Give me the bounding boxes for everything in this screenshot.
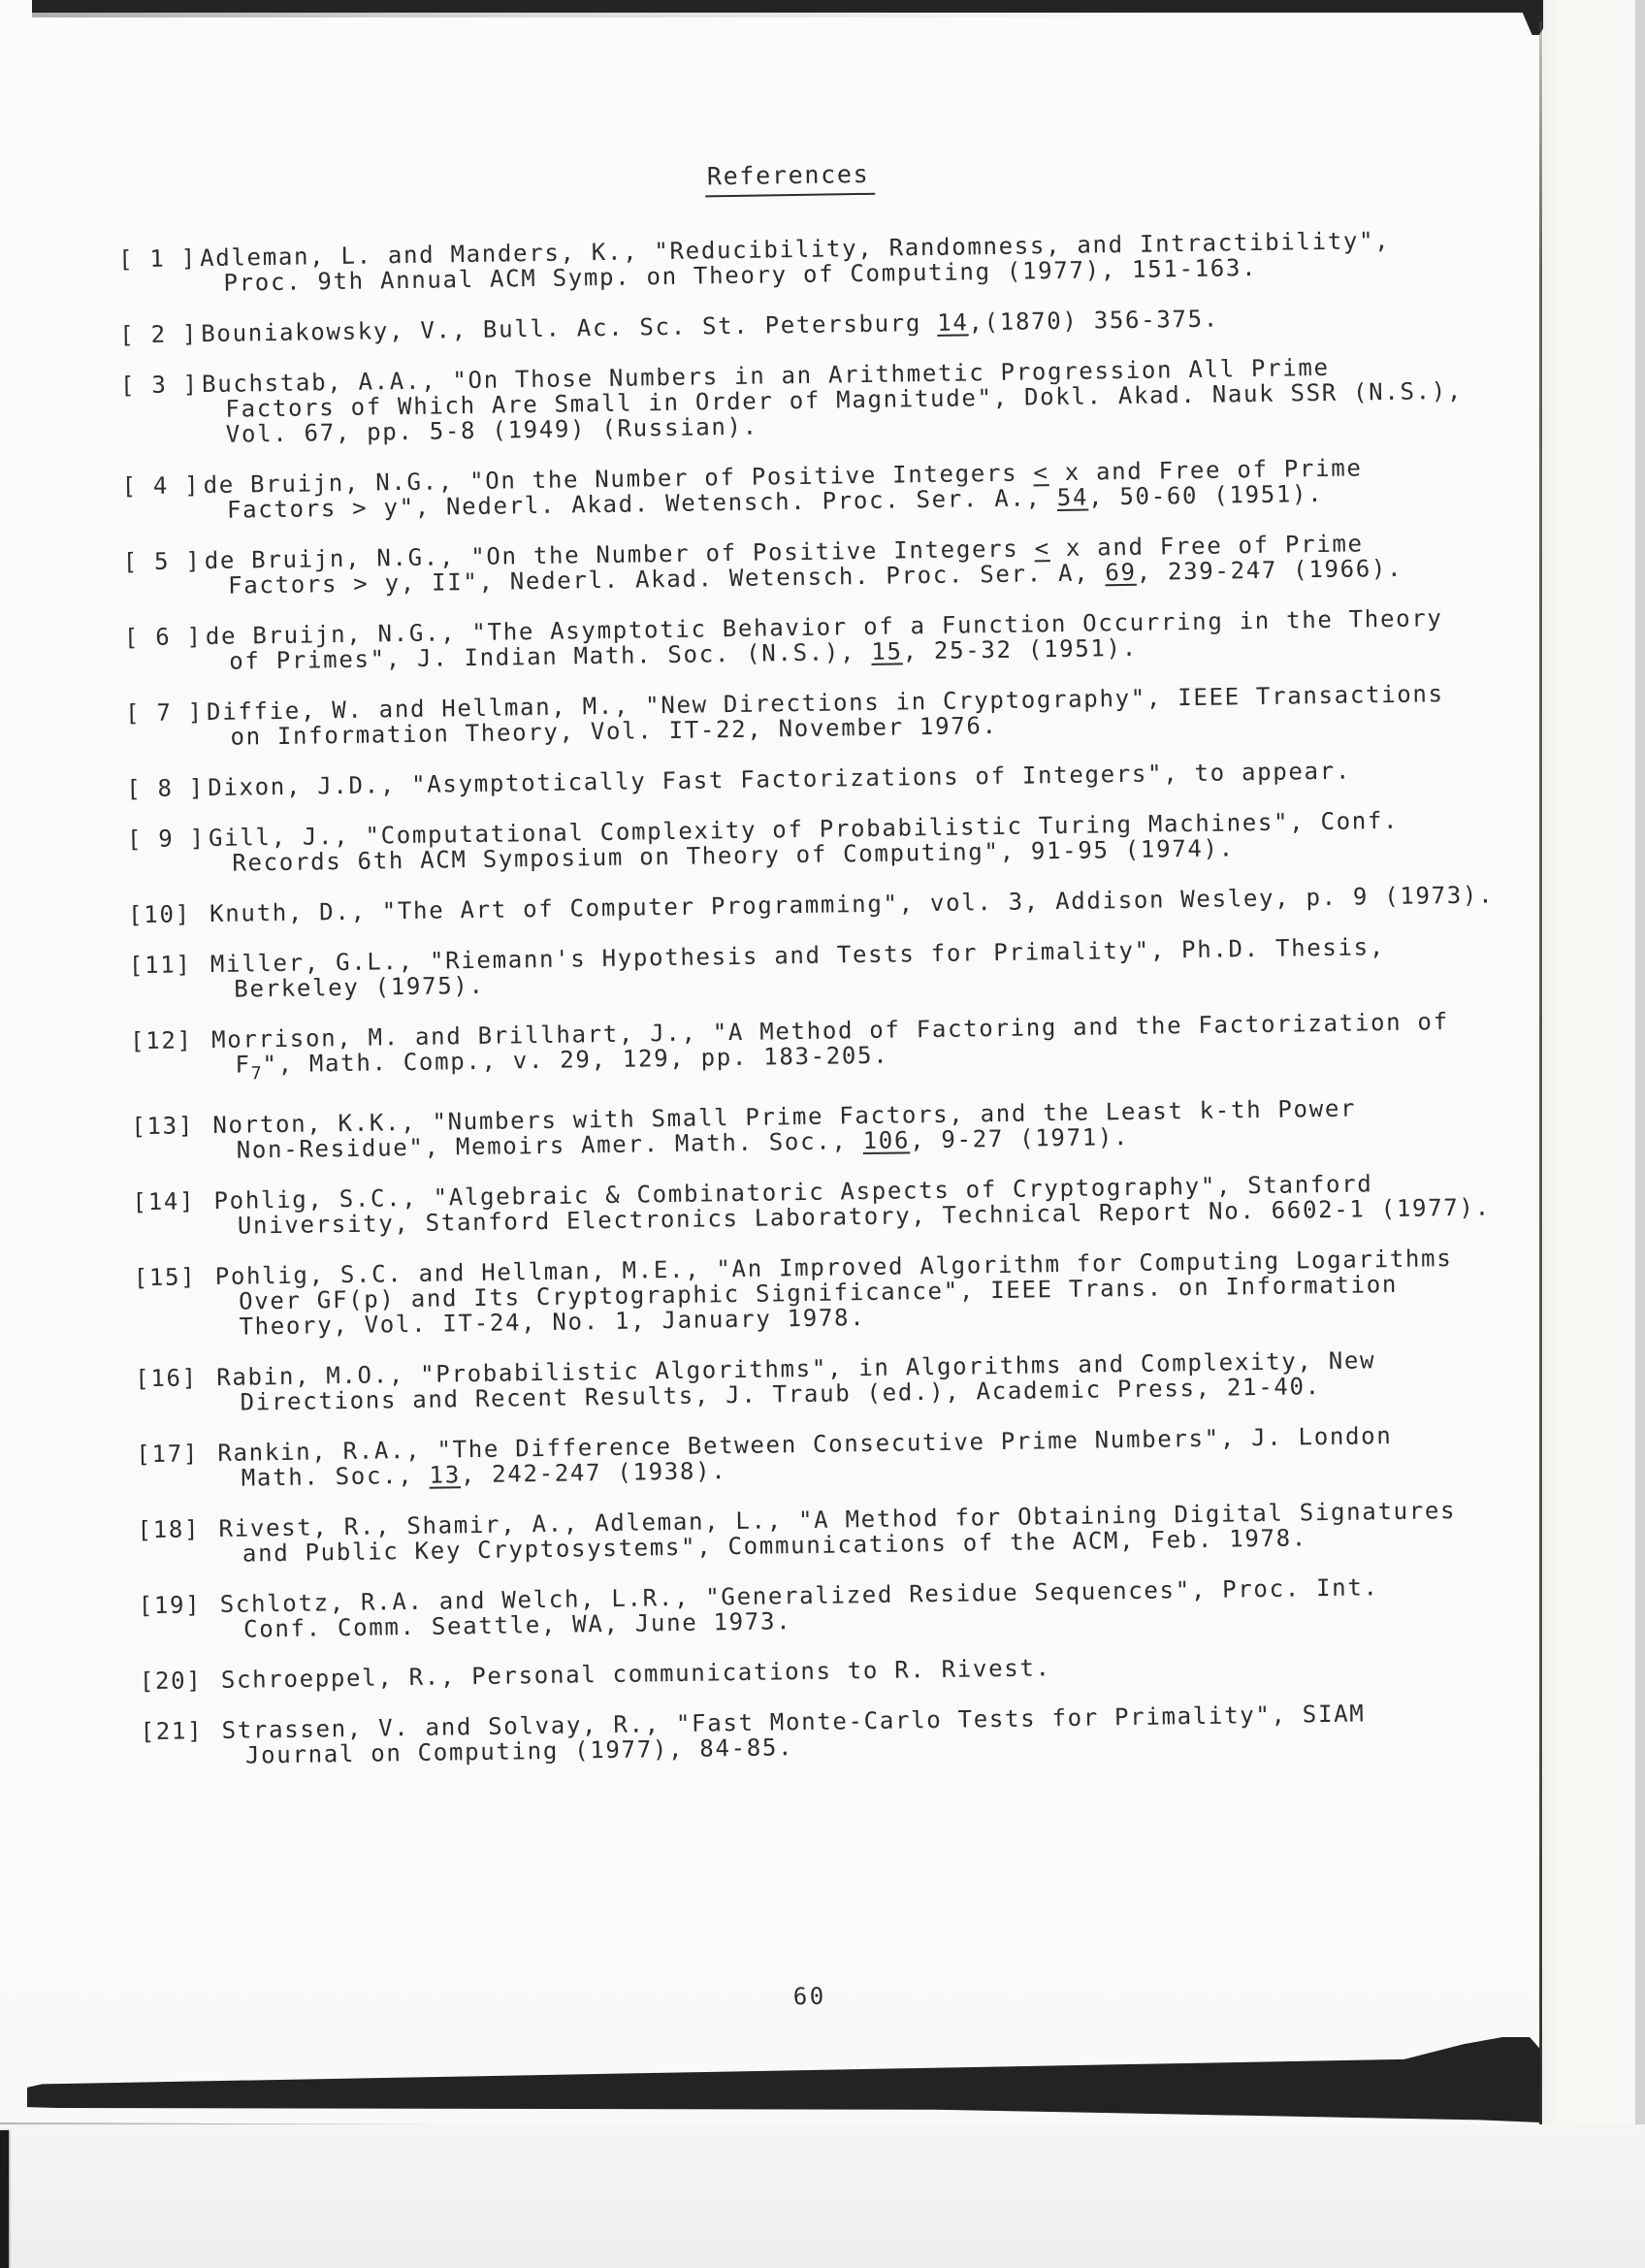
reference-text: Gill, J., "Computational Complexity of P… [209, 808, 1400, 876]
scanner-background-right [1543, 0, 1645, 2130]
reference-number: [15] [134, 1264, 216, 1341]
reference-text: Rabin, M.O., "Probabilistic Algorithms",… [216, 1347, 1376, 1415]
reference-entry: [18]Rivest, R., Shamir, A., Adleman, L.,… [137, 1497, 1525, 1568]
reference-text: Diffie, W. and Hellman, M., "New Directi… [207, 681, 1444, 750]
reference-text: Rivest, R., Shamir, A., Adleman, L., "A … [218, 1498, 1456, 1567]
reference-entry: [ 9 ]Gill, J., "Computational Complexity… [127, 806, 1515, 877]
reference-text: Bouniakowsky, V., Bull. Ac. Sc. St. Pete… [201, 307, 1219, 347]
reference-number: [20] [140, 1668, 221, 1694]
reference-number: [16] [135, 1365, 217, 1416]
reference-entry: [10]Knuth, D., "The Art of Computer Prog… [128, 882, 1515, 927]
reference-text: Norton, K.K., "Numbers with Small Prime … [212, 1096, 1357, 1163]
scanner-edge-strip [1635, 0, 1645, 2268]
reference-entry: [15]Pohlig, S.C. and Hellman, M.E., "An … [134, 1245, 1522, 1341]
reference-number: [21] [140, 1718, 222, 1769]
scan-top-edge-smudge [32, 13, 1147, 17]
reference-entry: [16]Rabin, M.O., "Probabilistic Algorith… [135, 1345, 1523, 1416]
reference-entry: [ 3 ]Buchstab, A.A., "On Those Numbers i… [120, 352, 1508, 448]
reference-text: Morrison, M. and Brillhart, J., "A Metho… [211, 1009, 1450, 1087]
reference-entry: [14]Pohlig, S.C., "Algebraic & Combinato… [132, 1169, 1520, 1240]
reference-text: de Bruijn, N.G., "The Asymptotic Behavio… [206, 605, 1443, 674]
reference-entry: [ 4 ]de Bruijn, N.G., "On the Number of … [121, 453, 1509, 524]
page-content: References [ 1 ]Adleman, L. and Manders,… [0, 0, 1645, 2268]
reference-entry: [ 7 ]Diffie, W. and Hellman, M., "New Di… [125, 680, 1513, 751]
reference-entry: [21]Strassen, V. and Solvay, R., "Fast M… [140, 1699, 1528, 1769]
reference-number: [14] [132, 1188, 214, 1240]
reference-text: Schroeppel, R., Personal communications … [221, 1655, 1051, 1693]
reference-number: [19] [139, 1592, 221, 1643]
reference-entry: [12]Morrison, M. and Brillhart, J., "A M… [130, 1008, 1518, 1088]
reference-text: Rankin, R.A., "The Difference Between Co… [217, 1423, 1393, 1491]
reference-number: [ 2 ] [119, 321, 201, 347]
reference-number: [ 6 ] [124, 624, 207, 675]
reference-text: Adleman, L. and Manders, K., "Reducibili… [200, 228, 1391, 296]
reference-text: Schlotz, R.A. and Welch, L.R., "Generali… [220, 1574, 1380, 1642]
reference-entry: [ 1 ]Adleman, L. and Manders, K., "Reduc… [118, 226, 1506, 297]
reference-entry: [ 5 ]de Bruijn, N.G., "On the Number of … [123, 529, 1511, 599]
reference-text: Pohlig, S.C., "Algebraic & Combinatoric … [213, 1169, 1491, 1239]
reference-number: [ 4 ] [121, 472, 204, 524]
page-title: References [705, 160, 875, 198]
reference-text: Buchstab, A.A., "On Those Numbers in an … [202, 353, 1464, 447]
reference-entry: [20]Schroeppel, R., Personal communicati… [140, 1648, 1527, 1694]
reference-number: [10] [128, 901, 210, 927]
reference-number: [ 7 ] [125, 699, 208, 751]
reference-entry: [ 6 ]de Bruijn, N.G., "The Asymptotic Be… [124, 604, 1512, 675]
reference-text: Strassen, V. and Solvay, R., "Fast Monte… [221, 1701, 1366, 1767]
reference-entry: [ 2 ]Bouniakowsky, V., Bull. Ac. Sc. St.… [119, 302, 1506, 347]
references-list: [ 1 ]Adleman, L. and Manders, K., "Reduc… [118, 226, 1529, 1795]
page-fold-line [1539, 21, 1542, 2126]
reference-text: de Bruijn, N.G., "On the Number of Posit… [205, 531, 1403, 599]
reference-number: [13] [131, 1113, 213, 1164]
reference-text: Knuth, D., "The Art of Computer Programm… [210, 882, 1494, 926]
reference-number: [11] [129, 952, 211, 1003]
reference-entry: [13]Norton, K.K., "Numbers with Small Pr… [131, 1093, 1519, 1164]
reference-text: Miller, G.L., "Riemann's Hypothesis and … [210, 934, 1386, 1002]
reference-entry: [ 8 ]Dixon, J.D., "Asymptotically Fast F… [126, 756, 1513, 801]
reference-number: [ 8 ] [126, 775, 208, 801]
reference-number: [ 3 ] [120, 372, 203, 448]
reference-text: Pohlig, S.C. and Hellman, M.E., "An Impr… [215, 1246, 1454, 1340]
reference-text: de Bruijn, N.G., "On the Number of Posit… [203, 455, 1363, 523]
reference-entry: [11]Miller, G.L., "Riemann's Hypothesis … [129, 932, 1517, 1003]
page-number: 60 [793, 1983, 826, 2011]
scan-top-edge-bar [32, 0, 1534, 13]
reference-number: [ 1 ] [118, 245, 201, 297]
scan-bottom-left-mark [0, 2130, 9, 2268]
reference-entry: [19]Schlotz, R.A. and Welch, L.R., "Gene… [139, 1572, 1527, 1643]
reference-number: [18] [137, 1516, 219, 1568]
reference-entry: [17]Rankin, R.A., "The Difference Betwee… [136, 1421, 1524, 1492]
reference-number: [17] [136, 1441, 218, 1492]
scanner-background-bottom [0, 2124, 1645, 2268]
reference-number: [12] [130, 1027, 212, 1088]
reference-number: [ 5 ] [123, 548, 206, 599]
reference-text: Dixon, J.D., "Asymptotically Fast Factor… [208, 759, 1351, 800]
scanned-page: References [ 1 ]Adleman, L. and Manders,… [0, 0, 1645, 2268]
reference-number: [ 9 ] [127, 826, 210, 877]
